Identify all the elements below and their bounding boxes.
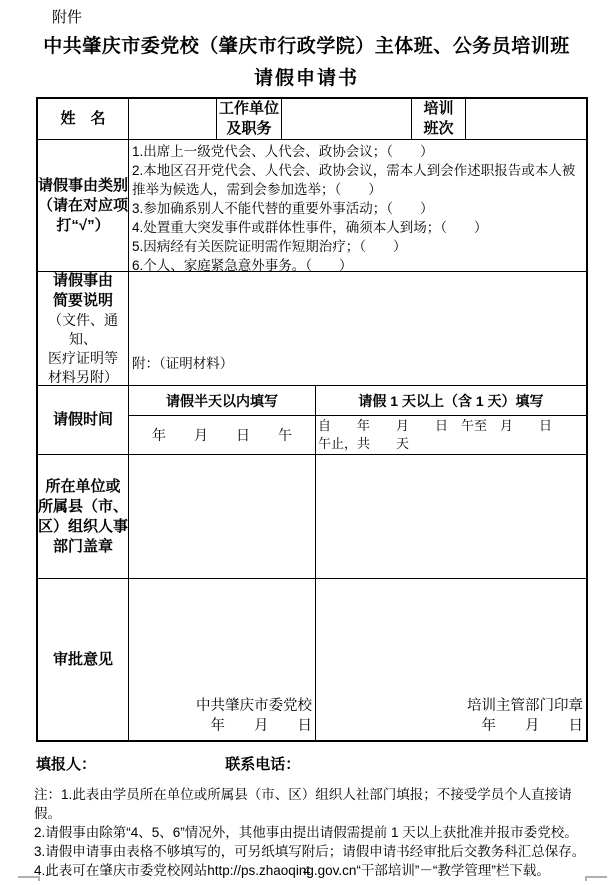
reason-detail-label: 请假事由 简要说明 （文件、通知、 医疗证明等 材料另附） [38, 272, 129, 385]
work-unit-label: 工作单位 及职务 [217, 99, 282, 139]
reason-detail-label-title: 请假事由 简要说明 [53, 271, 113, 311]
attachment-materials-note: 附：（证明材料） [132, 352, 586, 372]
training-class-input-cell[interactable] [466, 99, 586, 139]
attachment-label: 附件 [52, 6, 82, 27]
right-boundary-corner-mark [585, 876, 607, 881]
leave-time-row: 请假时间 请假半天以内填写 请假 1 天以上（含 1 天）填写 年 月 日 午 … [38, 386, 586, 455]
reason-category-row: 请假事由类别 （请在对应项 打“√”） 1.出席上一级党代会、人代会、政协会议；… [38, 140, 586, 272]
dept-approval-cell[interactable]: 培训主管部门印章 年 月 日 [316, 579, 586, 740]
reason-option-5[interactable]: 5.因病经有关医院证明需作短期治疗；（ ） [132, 237, 584, 256]
document-title: 中共肇庆市委党校（肇庆市行政学院）主体班、公务员培训班 [0, 31, 613, 58]
leave-application-document: 附件 中共肇庆市委党校（肇庆市行政学院）主体班、公务员培训班 请假申请书 姓 名… [0, 0, 613, 885]
unit-seal-label: 所在单位或 所属县（市、 区）组织人事 部门盖章 [38, 455, 129, 578]
unit-seal-left-cell[interactable] [129, 455, 316, 578]
reason-option-4[interactable]: 4.处置重大突发事件或群体性事件，确须本人到场；（ ） [132, 218, 584, 237]
header-row: 姓 名 工作单位 及职务 培训 班次 [38, 99, 586, 140]
document-subtitle: 请假申请书 [0, 63, 613, 90]
page-number: 4 [0, 864, 613, 880]
leave-time-label: 请假时间 [38, 386, 129, 454]
school-date-line: 年 月 日 [211, 716, 313, 736]
full-day-header: 请假 1 天以上（含 1 天）填写 [316, 386, 586, 415]
filler-label: 填报人： [36, 756, 96, 773]
school-name: 中共肇庆市委党校 [196, 696, 312, 716]
approval-label: 审批意见 [38, 579, 129, 740]
left-boundary-corner-mark [18, 876, 40, 881]
phone-label: 联系电话： [225, 756, 300, 773]
reason-option-1[interactable]: 1.出席上一级党代会、人代会、政协会议；（ ） [132, 142, 584, 161]
unit-seal-row: 所在单位或 所属县（市、 区）组织人事 部门盖章 [38, 455, 586, 579]
leave-form-table: 姓 名 工作单位 及职务 培训 班次 请假事由类别 （请在对应项 打“√”） 1… [36, 97, 588, 742]
dept-seal-name: 培训主管部门印章 [467, 696, 583, 716]
leave-time-columns: 请假半天以内填写 请假 1 天以上（含 1 天）填写 年 月 日 午 自 年 月… [129, 386, 586, 454]
note-1: 注：1.此表由学员所在单位或所属县（市、区）组织人社部门填报；不接受学员个人直接… [34, 785, 590, 823]
filler-contact-row: 填报人： 联系电话： [36, 753, 300, 774]
school-approval-cell[interactable]: 中共肇庆市委党校 年 月 日 [129, 579, 316, 740]
training-class-label: 培训 班次 [412, 99, 466, 139]
reason-detail-label-note: （文件、通知、 医疗证明等 材料另附） [38, 311, 128, 387]
note-2: 2.请假事由除第“4、5、6”情况外，其他事由提出请假需提前 1 天以上获批准并… [34, 823, 590, 842]
name-label: 姓 名 [38, 99, 129, 139]
reason-option-3[interactable]: 3.参加确系别人不能代替的重要外事活动；（ ） [132, 199, 584, 218]
note-3: 3.请假申请事由表格不够填写的，可另纸填写附后；请假申请书经审批后交教务科汇总保… [34, 842, 590, 861]
reason-option-2[interactable]: 2.本地区召开党代会、人代会、政协会议，需本人到会作述职报告或本人被推举为候选人… [132, 161, 584, 199]
reason-detail-row: 请假事由 简要说明 （文件、通知、 医疗证明等 材料另附） 附：（证明材料） [38, 272, 586, 386]
work-unit-input-cell[interactable] [282, 99, 412, 139]
reason-category-options: 1.出席上一级党代会、人代会、政协会议；（ ） 2.本地区召开党代会、人代会、政… [129, 140, 586, 271]
leave-time-values: 年 月 日 午 自 年 月 日 午至 月 日 午止，共 天 [129, 416, 586, 454]
leave-time-headers: 请假半天以内填写 请假 1 天以上（含 1 天）填写 [129, 386, 586, 416]
dept-date-line: 年 月 日 [482, 716, 584, 736]
half-day-header: 请假半天以内填写 [129, 386, 316, 415]
approval-row: 审批意见 中共肇庆市委党校 年 月 日 培训主管部门印章 年 月 日 [38, 579, 586, 740]
half-day-input-cell[interactable]: 年 月 日 午 [129, 416, 316, 454]
full-day-input-cell[interactable]: 自 年 月 日 午至 月 日 午止，共 天 [316, 416, 586, 454]
reason-category-label: 请假事由类别 （请在对应项 打“√”） [38, 140, 129, 271]
reason-detail-input-cell[interactable]: 附：（证明材料） [129, 272, 586, 385]
name-input-cell[interactable] [129, 99, 217, 139]
